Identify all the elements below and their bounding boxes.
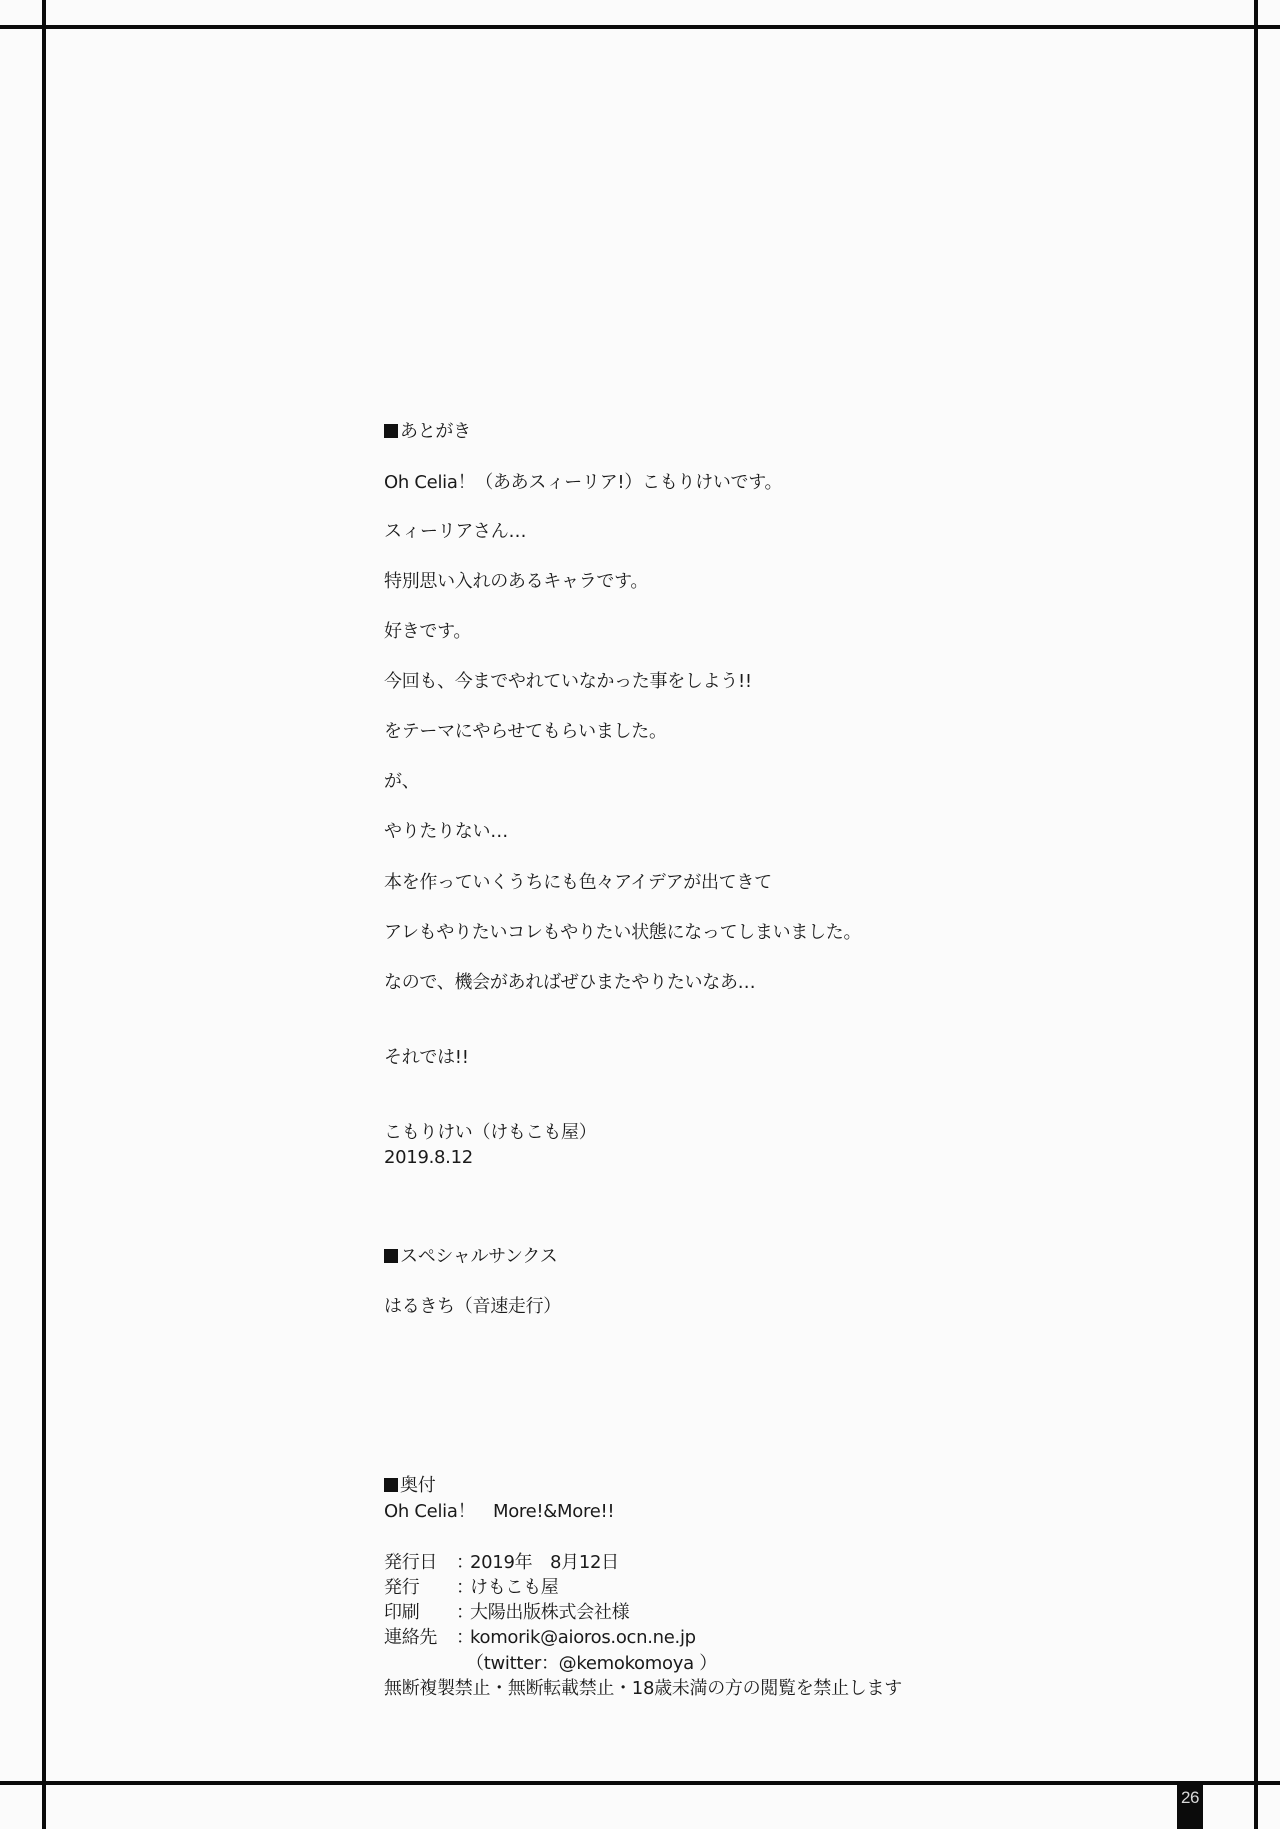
row-label: 連絡先 — [384, 1627, 456, 1649]
row-value: 2019年 8月12日 — [470, 1552, 619, 1573]
colophon-heading: 奥付 — [384, 1475, 435, 1497]
frame-line-top — [0, 25, 1280, 29]
afterword-paragraph: が、 — [384, 771, 419, 793]
colophon-twitter: （twitter：@kemokomoya ） — [466, 1653, 717, 1675]
row-label: 発行 — [384, 1577, 456, 1599]
afterword-paragraph: アレもやりたいコレもやりたい状態になってしまいました。 — [384, 922, 861, 944]
signature-name: こもりけい（けもこも屋） — [384, 1122, 596, 1144]
afterword-paragraph: なので、機会があればぜひまたやりたいなあ… — [384, 972, 755, 994]
row-separator: ： — [456, 1627, 470, 1649]
afterword-heading: あとがき — [384, 421, 471, 443]
afterword-closing: それでは!! — [384, 1047, 469, 1069]
row-label: 印刷 — [384, 1602, 456, 1624]
colophon-row-publish-date: 発行日：2019年 8月12日 — [384, 1552, 619, 1574]
square-bullet-icon — [384, 1478, 398, 1492]
square-bullet-icon — [384, 1249, 398, 1263]
special-thanks-name: はるきち（音速走行） — [384, 1296, 561, 1318]
afterword-paragraph: 今回も、今までやれていなかった事をしよう!! — [384, 671, 752, 693]
row-value: けもこも屋 — [470, 1577, 559, 1598]
afterword-heading-text: あとがき — [400, 421, 471, 442]
afterword-paragraph: をテーマにやらせてもらいました。 — [384, 721, 667, 743]
special-thanks-heading: スペシャルサンクス — [384, 1246, 558, 1268]
colophon-row-printer: 印刷：大陽出版株式会社様 — [384, 1602, 629, 1624]
colophon-row-publisher: 発行：けもこも屋 — [384, 1577, 559, 1599]
colophon-title: Oh Celia！ More!&More!! — [384, 1501, 614, 1523]
page-number: 26 — [1177, 1783, 1203, 1829]
row-separator: ： — [456, 1577, 470, 1599]
row-separator: ： — [456, 1552, 470, 1574]
frame-line-bottom — [0, 1781, 1280, 1785]
row-separator: ： — [456, 1602, 470, 1624]
frame-line-right — [1254, 0, 1258, 1829]
frame-line-left — [42, 0, 46, 1829]
afterword-paragraph: 好きです。 — [384, 621, 471, 643]
afterword-paragraph: 特別思い入れのあるキャラです。 — [384, 571, 648, 593]
contact-email: komorik@aioros.ocn.ne.jp — [470, 1627, 696, 1648]
afterword-paragraph: 本を作っていくうちにも色々アイデアが出てきて — [384, 872, 772, 894]
afterword-paragraph: Oh Celia！（ああスィーリア!）こもりけいです。 — [384, 472, 782, 494]
colophon-notice: 無断複製禁止・無断転載禁止・18歳未満の方の閲覧を禁止します — [384, 1678, 902, 1700]
colophon-row-contact: 連絡先：komorik@aioros.ocn.ne.jp — [384, 1627, 696, 1649]
row-label: 発行日 — [384, 1552, 456, 1574]
signature-date: 2019.8.12 — [384, 1147, 473, 1169]
afterword-paragraph: スィーリアさん… — [384, 521, 526, 543]
colophon-heading-text: 奥付 — [400, 1475, 435, 1496]
row-value: 大陽出版株式会社様 — [470, 1602, 629, 1623]
afterword-paragraph: やりたりない… — [384, 821, 508, 843]
square-bullet-icon — [384, 424, 398, 438]
special-thanks-heading-text: スペシャルサンクス — [400, 1246, 558, 1267]
